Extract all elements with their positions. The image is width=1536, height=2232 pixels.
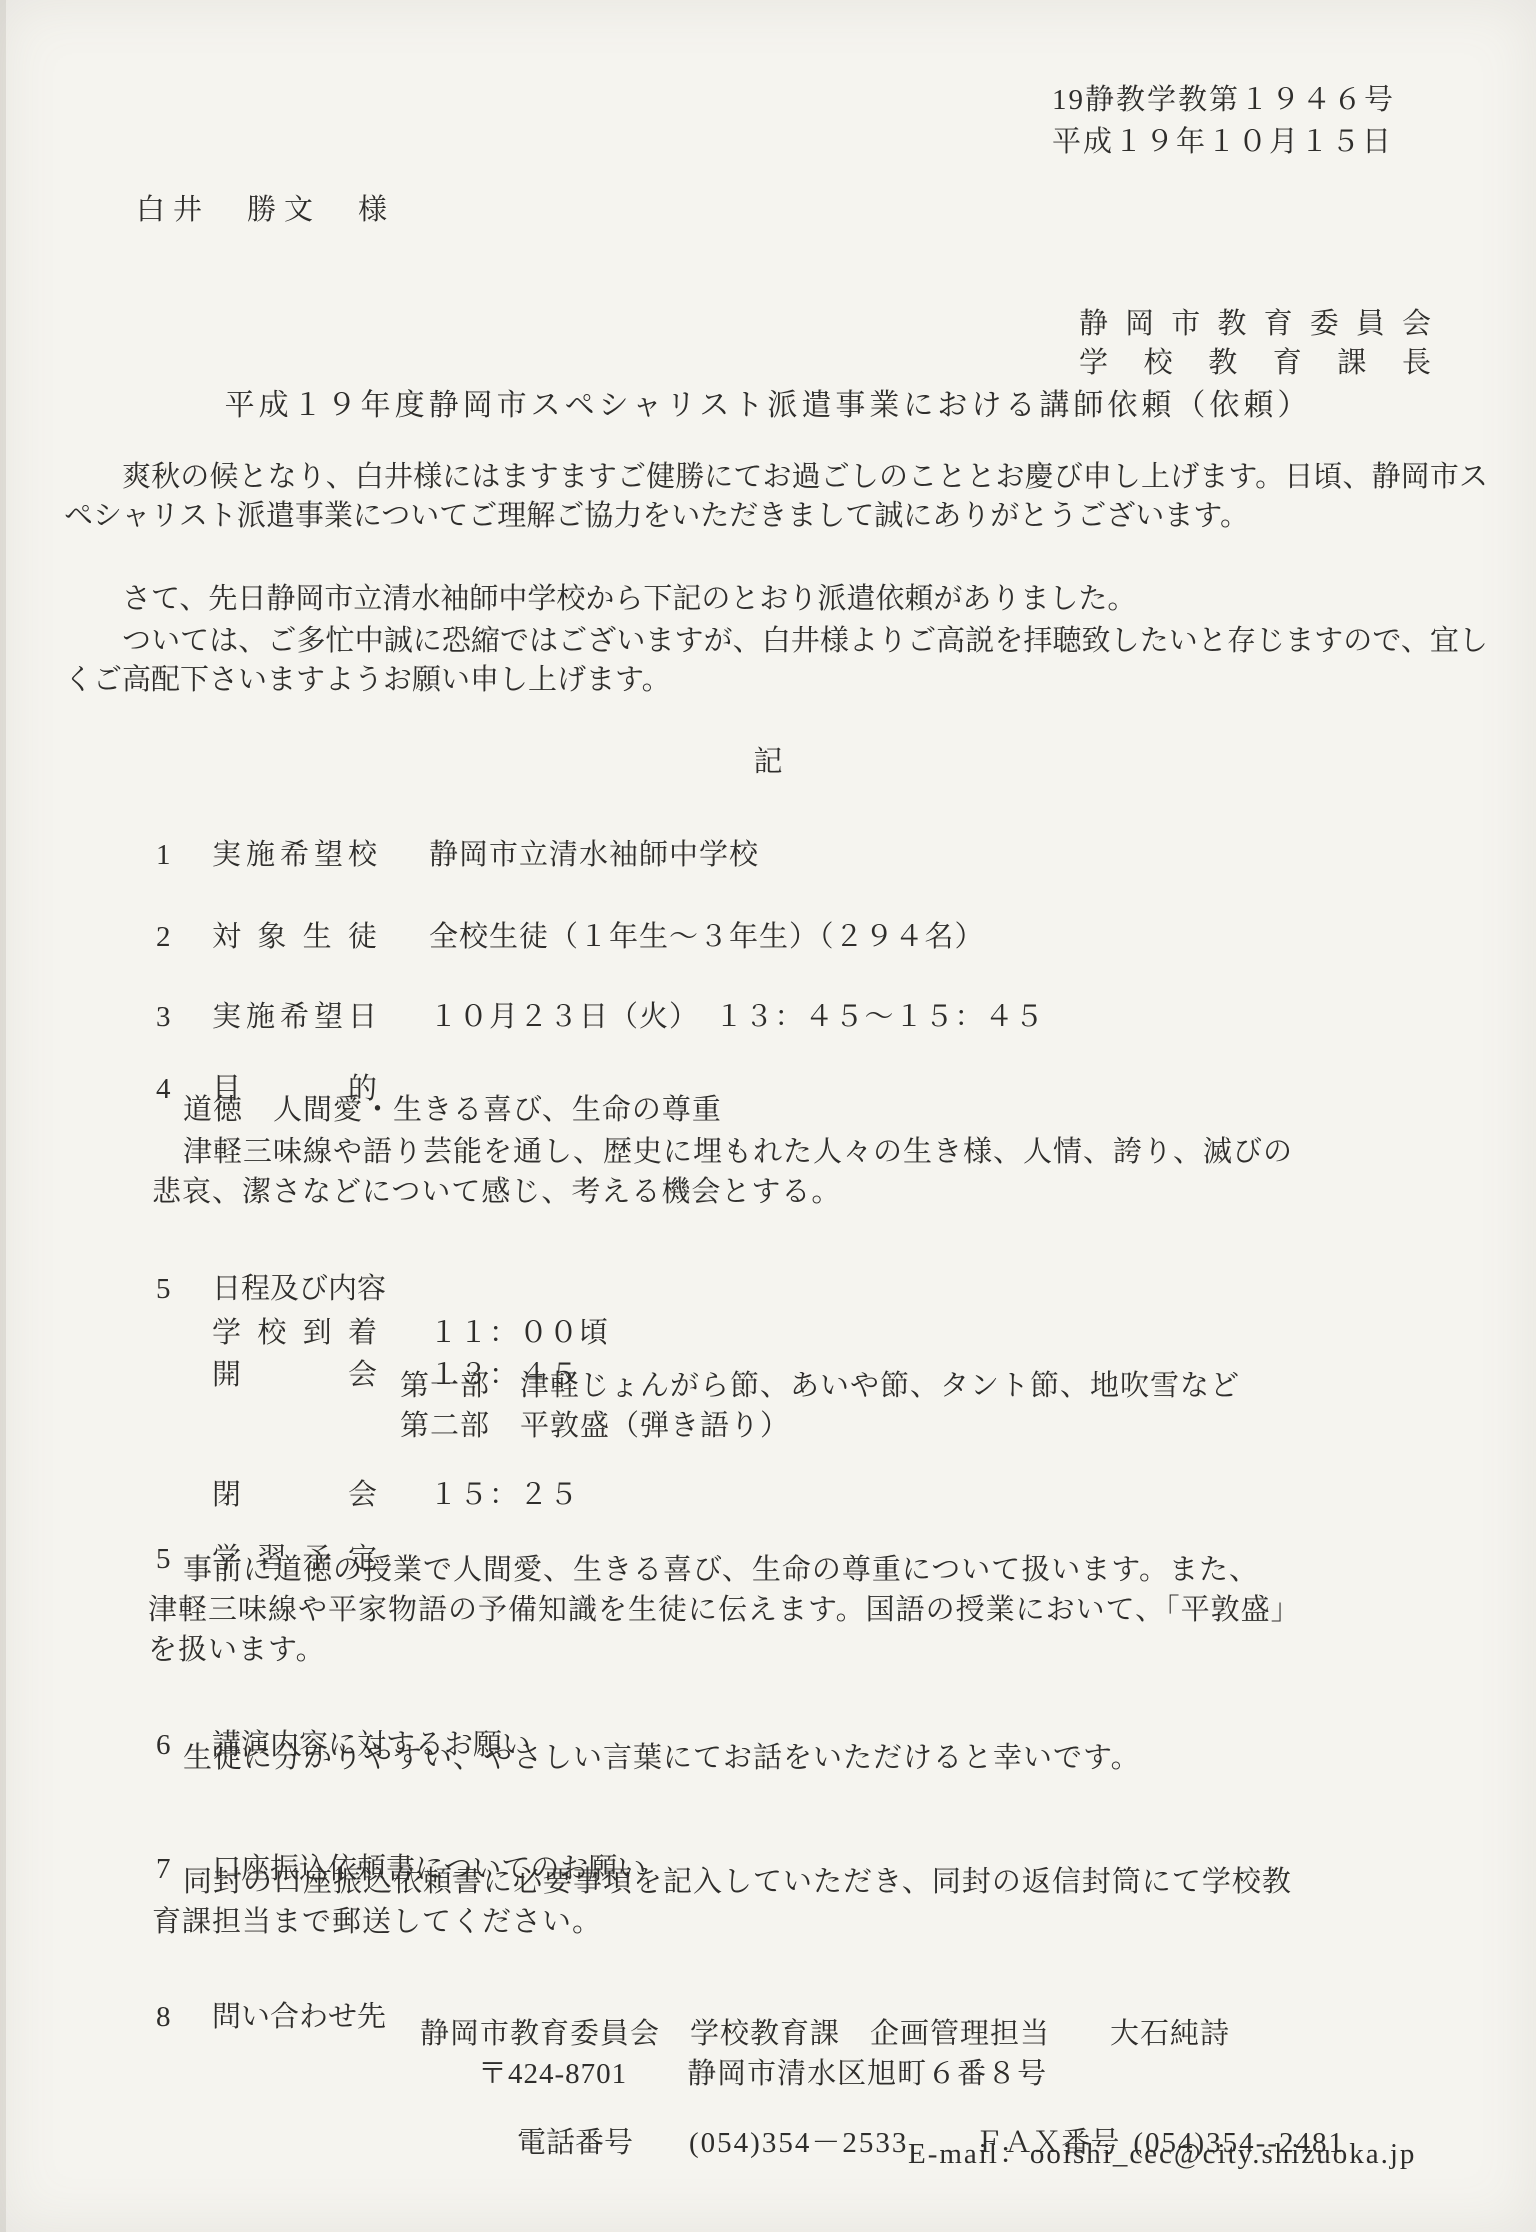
subject-line: 平成１９年度静岡市スペシャリスト派遣事業における講師依頼（依頼） xyxy=(0,391,1536,421)
greeting-paragraph-1: 爽秋の候となり、白井様にはますますご健勝にてお過ごしのこととお慶び申し上げます。… xyxy=(64,458,1488,536)
item-students-label: 対象生徒 xyxy=(212,923,377,952)
item-preferred-date-label: 実施希望日 xyxy=(212,1003,377,1032)
sender-title: 学校教育課長 xyxy=(1079,349,1431,378)
item-contact-number: 8 xyxy=(156,2003,212,2032)
item-school-number: 1 xyxy=(156,841,212,870)
document-page: 19静教学教第１９４６号 平成１９年１０月１５日 白井 勝文 様 静岡市教育委員… xyxy=(0,0,1536,2232)
contact-organization-line: 静岡市教育委員会 学校教育課 企画管理担当 大石純詩 xyxy=(420,2020,1230,2049)
greeting-paragraph-2: さて、先日静岡市立清水袖師中学校から下記のとおり派遣依頼がありました。 xyxy=(64,580,1488,619)
addressee: 白井 勝文 様 xyxy=(136,196,395,225)
record-marker: 記 xyxy=(0,748,1536,777)
item-preferred-date-number: 3 xyxy=(156,1003,212,1032)
bank-form-line-1: 同封の口座振込依頼書に必要事項を記入していただき、同封の返信封筒にて学校教 xyxy=(183,1868,1292,1897)
schedule-program-2: 第二部 平敦盛（弾き語り） xyxy=(400,1412,790,1441)
item-students: 2対象生徒全校生徒（１年生～３年生）（２９４名） xyxy=(127,894,985,981)
bank-form-line-2: 育課担当まで郵送してください。 xyxy=(152,1908,602,1937)
scan-edge-shadow xyxy=(0,0,6,2232)
item-students-number: 2 xyxy=(156,923,212,952)
item-school-value: 静岡市立清水袖師中学校 xyxy=(429,839,759,871)
schedule-close-label: 閉会 xyxy=(212,1481,377,1510)
study-plan-line-2: 津軽三味線や平家物語の予備知識を生徒に伝えます。国語の授業において、「平敦盛」 xyxy=(148,1596,1301,1625)
phone-number: (054)354－2533 xyxy=(689,2127,908,2159)
greeting-paragraph-3: ついては、ご多忙中誠に恐縮ではございますが、白井様よりご高説を拝聴致したいと存じ… xyxy=(64,622,1488,700)
item-school-label: 実施希望校 xyxy=(212,841,377,870)
item-contact-heading: 8問い合わせ先 xyxy=(127,1974,386,2061)
contact-email-line: E-mail：ooishi_cec@city.shizuoka.jp xyxy=(908,2140,1416,2169)
item-students-value: 全校生徒（１年生～３年生）（２９４名） xyxy=(429,921,985,953)
purpose-line-3: 悲哀、潔さなどについて感じ、考える機会とする。 xyxy=(152,1178,841,1207)
item-preferred-date-value: １０月２３日（火） １３：４５～１５：４５ xyxy=(429,1001,1045,1033)
schedule-close-time: １５：２５ xyxy=(429,1479,579,1511)
purpose-line-1: 道徳 人間愛・生きる喜び、生命の尊重 xyxy=(183,1096,722,1125)
issue-date: 平成１９年１０月１５日 xyxy=(1052,128,1393,157)
study-plan-line-3: を扱います。 xyxy=(148,1636,326,1665)
study-plan-line-1: 事前に道徳の授業で人間愛、生きる喜び、生命の尊重について扱います。また、 xyxy=(183,1556,1259,1585)
doc-number: 19静教学教第１９４６号 xyxy=(1052,86,1395,115)
purpose-line-2: 津軽三味線や語り芸能を通し、歴史に埋もれた人々の生き様、人情、誇り、滅びの xyxy=(183,1138,1293,1167)
phone-label: 電話番号 xyxy=(517,2127,633,2159)
lecture-request-line-1: 生徒に分かりやすい、やさしい言葉にてお話をいただけると幸いです。 xyxy=(183,1744,1141,1773)
schedule-program-1: 第一部 津軽じょんがら節、あいや節、タント節、地吹雪など xyxy=(400,1372,1240,1401)
contact-address-line: 〒424-8701 静岡市清水区旭町６番８号 xyxy=(478,2060,1047,2089)
item-contact-label: 問い合わせ先 xyxy=(212,2001,386,2033)
item-school: 1実施希望校静岡市立清水袖師中学校 xyxy=(127,812,759,899)
schedule-open-label: 開会 xyxy=(212,1361,377,1390)
